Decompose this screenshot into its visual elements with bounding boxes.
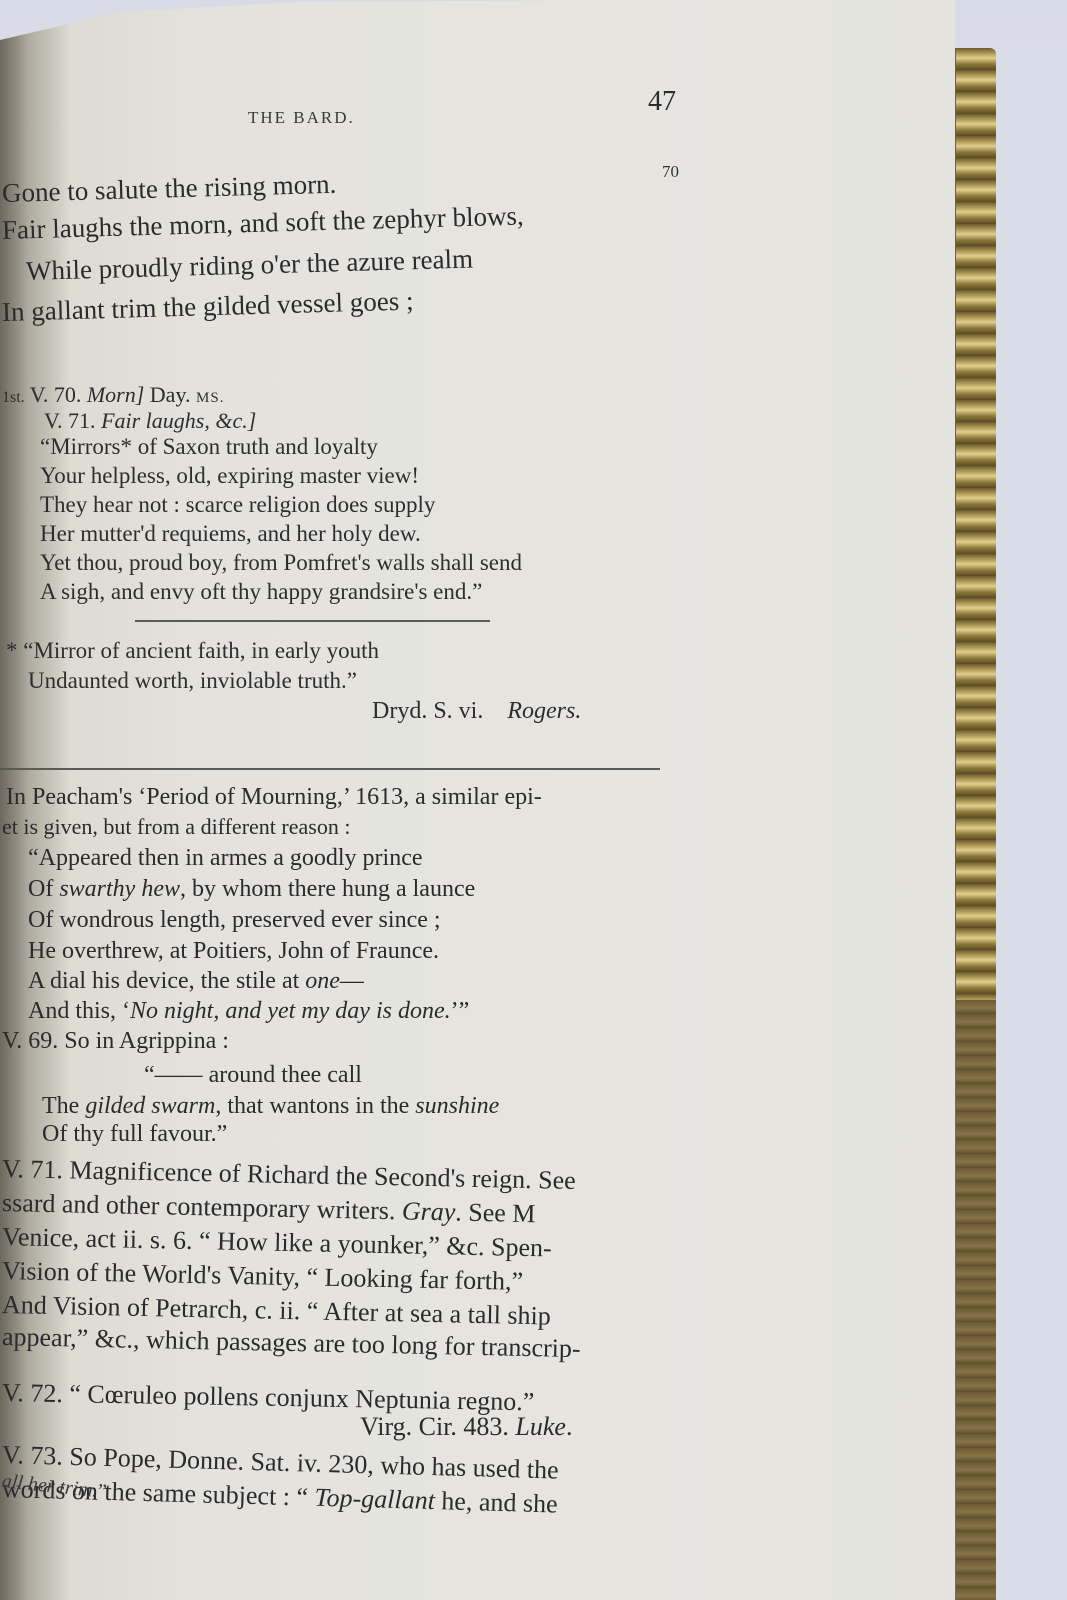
book-page: THE BARD. 47 70 Gone to salute the risin… (0, 0, 955, 1600)
variant-quote-line: Your helpless, old, expiring master view… (40, 463, 419, 489)
verse-line: While proudly riding o'er the azure real… (26, 244, 474, 287)
footnote-line: Virg. Cir. 483. Luke. (360, 1412, 572, 1442)
footnote-rule (0, 768, 660, 770)
margin-label: 1st. (2, 389, 25, 406)
footnote-line: “—— around thee call (144, 1062, 362, 1089)
footnote-line: Of thy full favour.” (42, 1121, 227, 1148)
variant-quote-line: They hear not : scarce religion does sup… (40, 492, 435, 518)
footnote-line: A dial his device, the stile at one— (28, 968, 364, 995)
variant-line: V. 71. Fair laughs, &c.] (44, 408, 256, 434)
variant-line: 1st. V. 70. Morn] Day. MS. (2, 382, 224, 408)
running-head: THE BARD. (248, 108, 355, 128)
gilt-page-edge-lower (950, 1000, 996, 1600)
asterisk-note-citation: Dryd. S. vi. Rogers. (372, 698, 581, 725)
footnote-line: Of swarthy hew, by whom there hung a lau… (28, 876, 475, 903)
line-number: 70 (662, 162, 679, 182)
footnote-line: And this, ‘No night, and yet my day is d… (28, 998, 469, 1025)
short-rule (135, 620, 490, 622)
footnote-line: “Appeared then in armes a goodly prince (28, 845, 423, 872)
variant-quote-line: Yet thou, proud boy, from Pomfret's wall… (40, 550, 522, 576)
footnote-line: V. 69. So in Agrippina : (2, 1028, 229, 1055)
variant-quote-line: A sigh, and envy oft thy happy grandsire… (40, 579, 482, 605)
footnote-line: In Peacham's ‘Period of Mourning,’ 1613,… (6, 784, 542, 811)
asterisk-note-line: * “Mirror of ancient faith, in early you… (6, 638, 379, 664)
variant-quote-line: Her mutter'd requiems, and her holy dew. (40, 521, 421, 547)
asterisk-note-line: Undaunted worth, inviolable truth.” (28, 668, 357, 694)
footnote-line: et is given, but from a different reason… (2, 814, 350, 840)
page-number: 47 (648, 86, 676, 118)
footnote-line: Of wondrous length, preserved ever since… (28, 907, 441, 934)
footnote-line: The gilded swarm, that wantons in the su… (42, 1093, 499, 1120)
footnote-line: He overthrew, at Poitiers, John of Fraun… (28, 938, 439, 965)
verse-line: Fair laughs the morn, and soft the zephy… (2, 200, 525, 246)
variant-quote-line: “Mirrors* of Saxon truth and loyalty (40, 434, 378, 460)
